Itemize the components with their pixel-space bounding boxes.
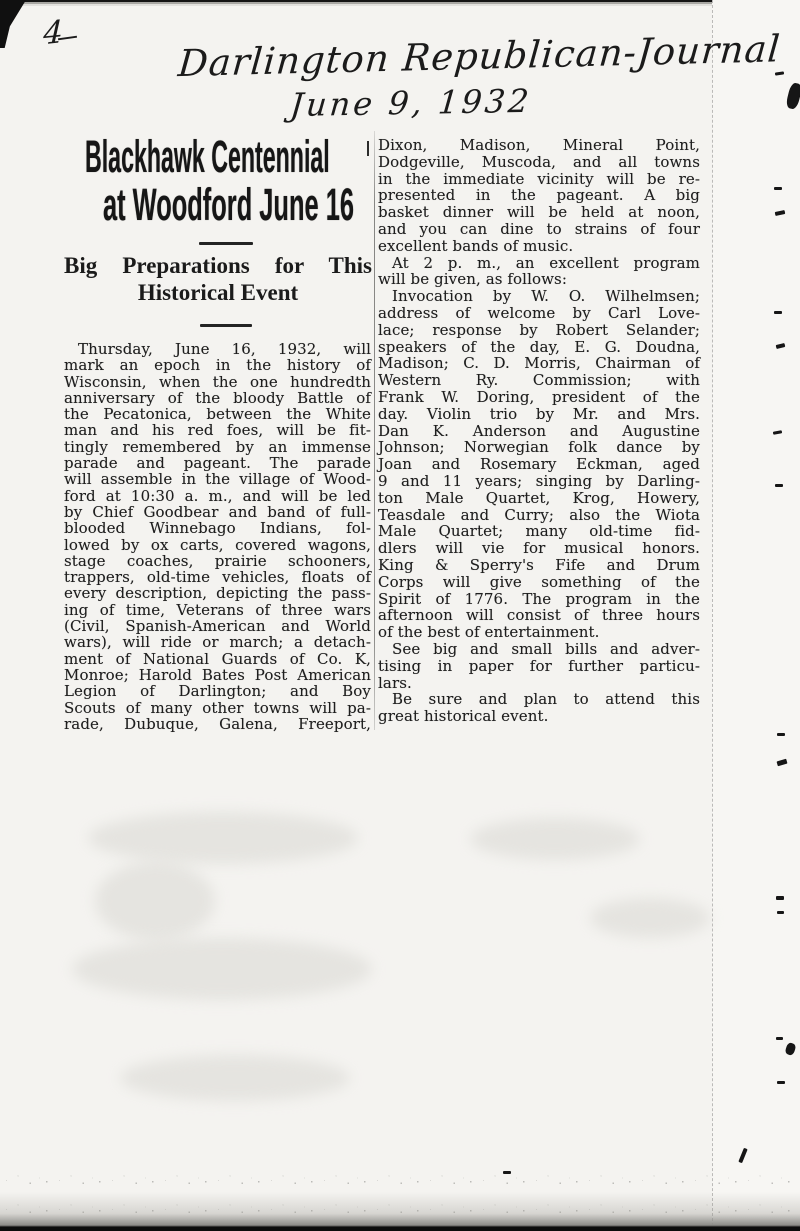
article-line: rade, Dubuque, Galena, Freeport, — [64, 716, 371, 732]
article-line: Wisconsin, when the one hundredth — [64, 374, 371, 390]
headline-line-1: Blackhawk Centennial — [85, 131, 330, 183]
article-line: lace; response by Robert Selander; — [378, 322, 700, 339]
article-line: stage coaches, prairie schooners, — [64, 553, 371, 569]
headline-divider — [199, 242, 253, 245]
article-line: day. Violin trio by Mr. and Mrs. — [378, 406, 700, 423]
handwritten-date: June 9, 1932 — [289, 82, 534, 124]
article-line: Invocation by W. O. Wilhelmsen; — [378, 288, 700, 305]
page-fold-line — [712, 0, 713, 1231]
article-line: trappers, old-time vehicles, floats of — [64, 569, 371, 585]
article-line: dlers will vie for musical honors. — [378, 540, 700, 557]
article-line: by Chief Goodbear and band of full- — [64, 504, 371, 520]
handwritten-source-title: Darlington Republican-Journal — [177, 27, 783, 85]
article-line: of the best of entertainment. — [378, 624, 700, 641]
article-line: Thursday, June 16, 1932, will — [64, 341, 371, 357]
article-line: Dan K. Anderson and Augustine — [378, 423, 700, 440]
article-line: Spirit of 1776. The program in the — [378, 591, 700, 608]
ink-mark — [775, 484, 783, 487]
article-line: the Pecatonica, between the White — [64, 406, 371, 422]
article-line: and you can dine to strains of four — [378, 221, 700, 238]
article-line: Be sure and plan to attend this — [378, 691, 700, 708]
article-line: presented in the pageant. A big — [378, 187, 700, 204]
article-line: blooded Winnebago Indians, fol- — [64, 520, 371, 536]
article-right-column: Dixon, Madison, Mineral Point,Dodgeville… — [378, 137, 700, 725]
handwritten-page-number: 4 — [43, 14, 64, 52]
ink-mark — [777, 733, 785, 736]
ink-mark — [774, 311, 782, 314]
article-line: Male Quartet; many old-time fid- — [378, 523, 700, 540]
scan-corner-blot — [0, 0, 26, 48]
ink-tick — [367, 141, 369, 156]
ghost-smudge — [88, 812, 358, 864]
article-line: anniversary of the bloody Battle of — [64, 390, 371, 406]
article-line: address of welcome by Carl Love- — [378, 305, 700, 322]
article-line: will assemble in the village of Wood- — [64, 471, 371, 487]
article-line: Joan and Rosemary Eckman, aged — [378, 456, 700, 473]
article-line: mark an epoch in the history of — [64, 357, 371, 373]
ink-mark — [776, 896, 784, 900]
article-line: Corps will give something of the — [378, 574, 700, 591]
article-line: Johnson; Norwegian folk dance by — [378, 439, 700, 456]
scan-top-edge — [0, 0, 712, 6]
article-line: Dodgeville, Muscoda, and all towns — [378, 154, 700, 171]
article-line: ford at 10:30 a. m., and will be led — [64, 488, 371, 504]
ink-mark — [777, 911, 784, 914]
subheadline: Big Preparations for This Historical Eve… — [64, 252, 372, 306]
article-line: tising in paper for further particu- — [378, 658, 700, 675]
article-line: every description, depicting the pass- — [64, 585, 371, 601]
article-line: Frank W. Doring, president of the — [378, 389, 700, 406]
article-line: King & Sperry's Fife and Drum — [378, 557, 700, 574]
article-line: man and his red foes, will be fit- — [64, 422, 371, 438]
article-line: Western Ry. Commission; with — [378, 372, 700, 389]
article-line: Dixon, Madison, Mineral Point, — [378, 137, 700, 154]
article-line: Legion of Darlington; and Boy — [64, 683, 371, 699]
ink-mark — [777, 1081, 785, 1084]
article-line: excellent bands of music. — [378, 238, 700, 255]
article-line: afternoon will consist of three hours — [378, 607, 700, 624]
article-line: tingly remembered by an immense — [64, 439, 371, 455]
article-line: lowed by ox carts, covered wagons, — [64, 537, 371, 553]
subheadline-line-2: Historical Event — [64, 279, 372, 306]
ghost-smudge — [120, 1055, 350, 1101]
column-rule — [374, 131, 375, 730]
article-line: See big and small bills and adver- — [378, 641, 700, 658]
scan-bottom-edge — [0, 1192, 800, 1231]
article-line: Scouts of many other towns will pa- — [64, 700, 371, 716]
ghost-smudge — [590, 898, 710, 938]
article-line: ing of time, Veterans of three wars — [64, 602, 371, 618]
article-line: in the immediate vicinity will be re- — [378, 171, 700, 188]
ink-mark — [776, 1037, 783, 1040]
article-left-column: Thursday, June 16, 1932, willmark an epo… — [64, 341, 371, 732]
article-line: ton Male Quartet, Krog, Howery, — [378, 490, 700, 507]
ghost-smudge — [72, 938, 372, 1000]
newspaper-clipping-scan: 4 Darlington Republican-Journal June 9, … — [0, 0, 800, 1231]
subheadline-line-1: Big Preparations for This — [64, 252, 372, 279]
article-line: 9 and 11 years; singing by Darling- — [378, 473, 700, 490]
ghost-smudge — [470, 818, 640, 860]
article-line: will be given, as follows: — [378, 271, 700, 288]
article-line: basket dinner will be held at noon, — [378, 204, 700, 221]
article-line: Monroe; Harold Bates Post American — [64, 667, 371, 683]
ink-mark — [774, 187, 782, 190]
article-line: parade and pageant. The parade — [64, 455, 371, 471]
article-line: At 2 p. m., an excellent program — [378, 255, 700, 272]
ink-mark — [503, 1171, 511, 1174]
ghost-smudge — [95, 862, 215, 940]
article-line: speakers of the day, E. G. Doudna, — [378, 339, 700, 356]
article-line: Madison; C. D. Morris, Chairman of — [378, 355, 700, 372]
article-line: lars. — [378, 675, 700, 692]
article-line: wars), will ride or march; a detach- — [64, 634, 371, 650]
article-line: (Civil, Spanish-American and World — [64, 618, 371, 634]
article-line: great historical event. — [378, 708, 700, 725]
subhead-divider — [200, 324, 252, 327]
article-line: ment of National Guards of Co. K, — [64, 651, 371, 667]
headline-line-2: at Woodford June 16 — [103, 179, 354, 231]
article-line: Teasdale and Curry; also the Wiota — [378, 507, 700, 524]
